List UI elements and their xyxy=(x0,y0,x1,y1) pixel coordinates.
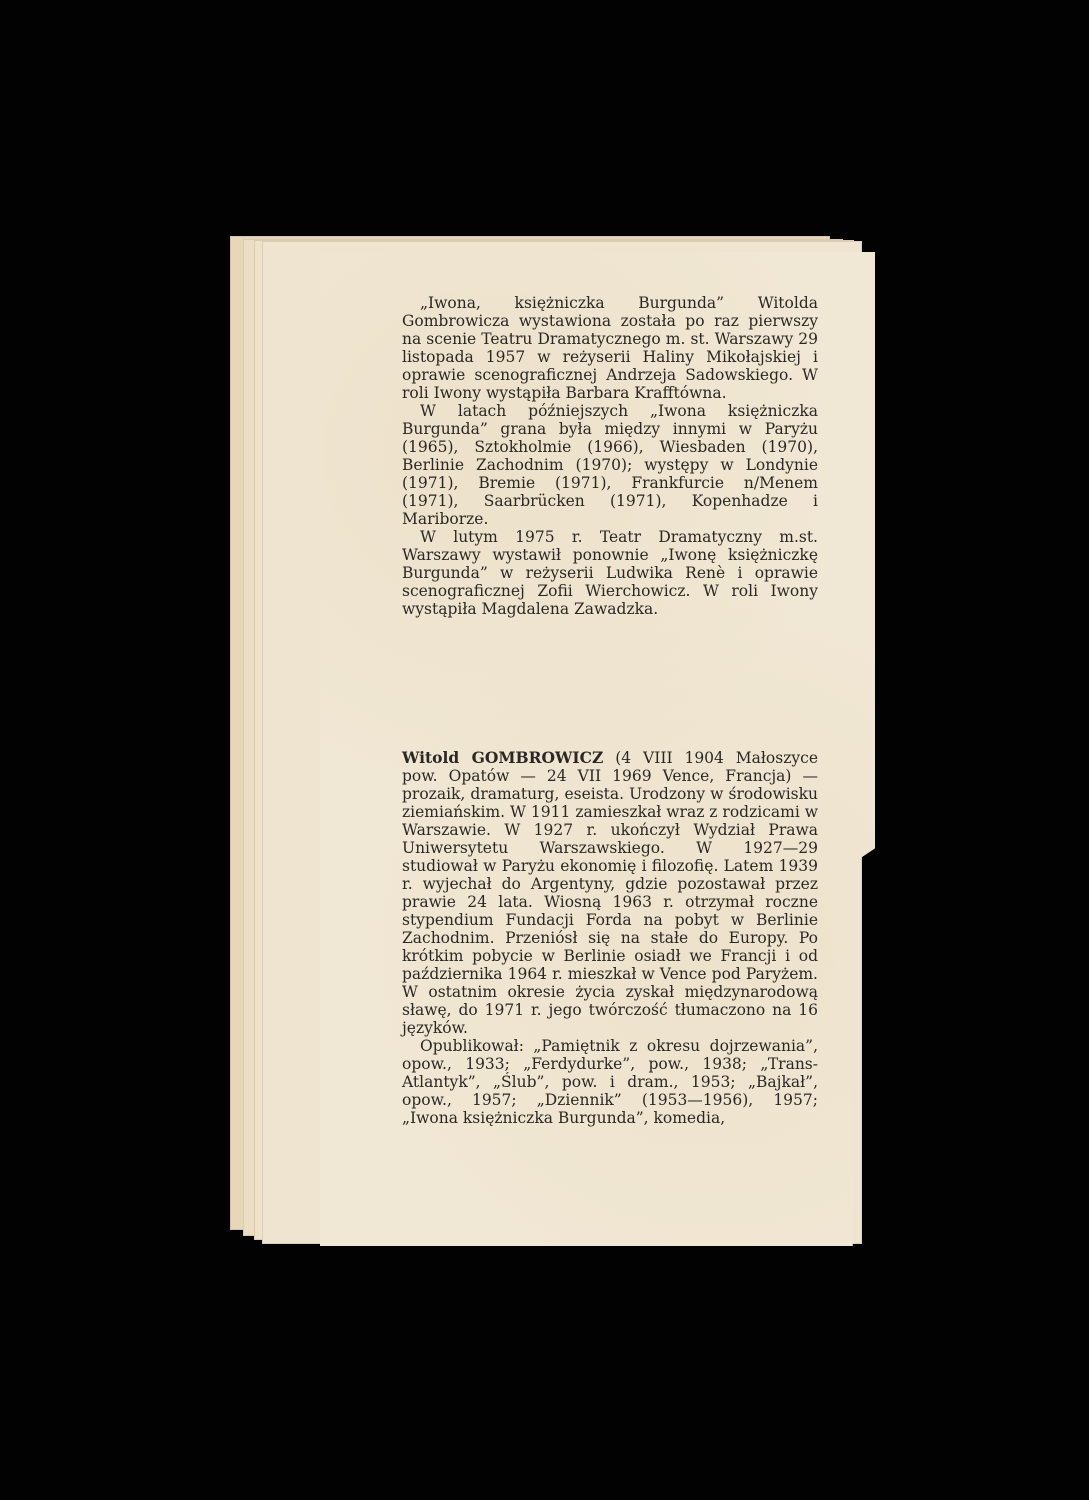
biography-section: Witold GOMBROWICZ (4 VIII 1904 Małoszyce… xyxy=(402,749,818,1127)
bio-paragraph: Witold GOMBROWICZ (4 VIII 1904 Małoszyce… xyxy=(402,749,818,1037)
bio-text: (4 VIII 1904 Małoszyce pow. Opatów — 24 … xyxy=(402,749,818,1037)
author-name: Witold GOMBROWICZ xyxy=(402,748,603,767)
intro-paragraph: „Iwona, księżniczka Burgunda” Witolda Go… xyxy=(402,294,818,402)
intro-section: „Iwona, księżniczka Burgunda” Witolda Go… xyxy=(402,294,818,618)
intro-paragraph: W latach późniejszych „Iwona księżniczka… xyxy=(402,402,818,528)
intro-paragraph: W lutym 1975 r. Teatr Dramatyczny m.st. … xyxy=(402,528,818,618)
publications-paragraph: Opublikował: „Pamiętnik z okresu dojrzew… xyxy=(402,1037,818,1127)
